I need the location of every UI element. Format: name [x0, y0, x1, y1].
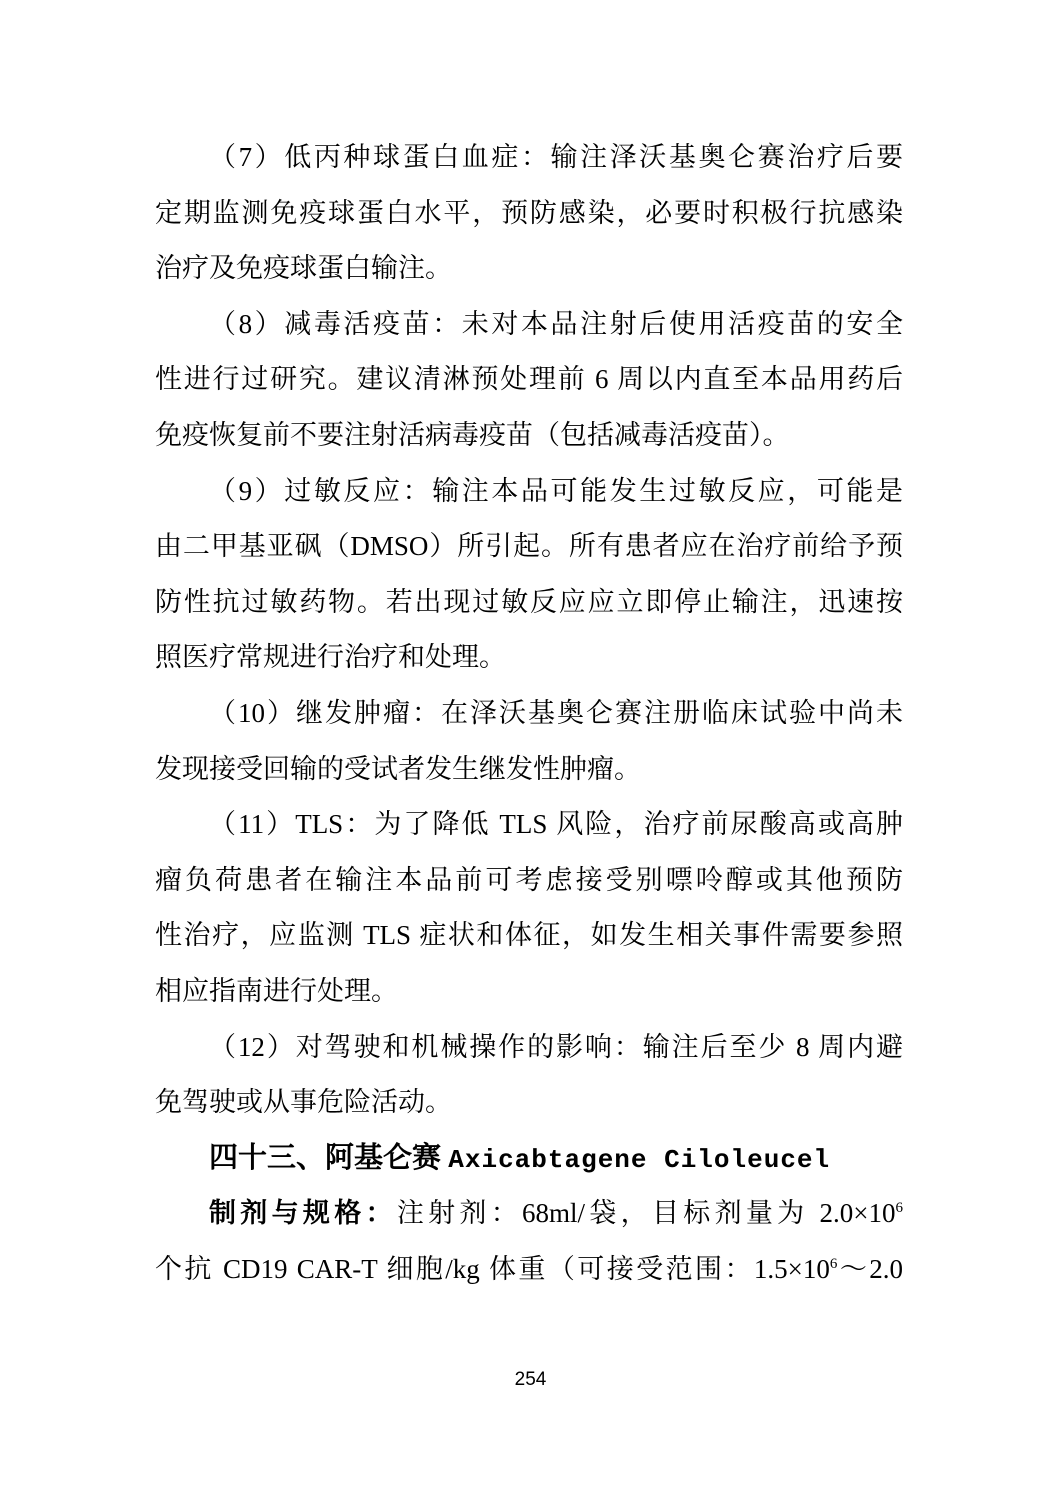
text-segment: 防性抗过敏药物。若出现过敏反应应立即停止输注，迅速按 [155, 587, 903, 617]
para-9-line-4: 照医疗常规进行治疗和处理。 [155, 630, 903, 686]
text-segment: （8）减毒活疫苗：未对本品注射后使用活疫苗的安全 [209, 309, 903, 339]
para-9-line-3: 防性抗过敏药物。若出现过敏反应应立即停止输注，迅速按 [155, 575, 903, 631]
para-12-line-1: （12）对驾驶和机械操作的影响：输注后至少 8 周内避 [155, 1020, 903, 1076]
text-segment: 免疫恢复前不要注射活病毒疫苗（包括减毒活疫苗）。 [155, 420, 790, 450]
text-segment: （9）过敏反应：输注本品可能发生过敏反应，可能是 [209, 476, 903, 506]
text-segment: 四十三、阿基仑赛 [209, 1142, 448, 1174]
para-12-line-2: 免驾驶或从事危险活动。 [155, 1075, 903, 1131]
para-8-line-1: （8）减毒活疫苗：未对本品注射后使用活疫苗的安全 [155, 297, 903, 353]
para-10-line-2: 发现接受回输的受试者发生继发性肿瘤。 [155, 742, 903, 798]
text-segment: （12）对驾驶和机械操作的影响：输注后至少 8 周内避 [209, 1032, 903, 1062]
para-11-line-3: 性治疗，应监测 TLS 症状和体征，如发生相关事件需要参照 [155, 908, 903, 964]
spec-line-2: 个抗 CD19 CAR-T 细胞/kg 体重（可接受范围：1.5×106～2.0 [155, 1242, 903, 1298]
text-segment: 照医疗常规进行治疗和处理。 [155, 642, 506, 672]
para-8-line-2: 性进行过研究。建议清淋预处理前 6 周以内直至本品用药后 [155, 352, 903, 408]
text-segment: （7）低丙种球蛋白血症：输注泽沃基奥仑赛治疗后要 [209, 142, 903, 172]
text-segment: 治疗及免疫球蛋白输注。 [155, 253, 452, 283]
text-segment: 注射剂：68ml/袋，目标剂量为 2.0×10 [397, 1198, 896, 1228]
para-11-line-1: （11）TLS：为了降低 TLS 风险，治疗前尿酸高或高肿 [155, 797, 903, 853]
para-9-line-1: （9）过敏反应：输注本品可能发生过敏反应，可能是 [155, 464, 903, 520]
text-segment: 定期监测免疫球蛋白水平，预防感染，必要时积极行抗感染 [155, 198, 903, 228]
para-7-line-3: 治疗及免疫球蛋白输注。 [155, 241, 903, 297]
superscript-exponent: 6 [896, 1200, 904, 1216]
document-body: （7）低丙种球蛋白血症：输注泽沃基奥仑赛治疗后要定期监测免疫球蛋白水平，预防感染… [155, 130, 903, 1297]
text-segment: 性治疗，应监测 TLS 症状和体征，如发生相关事件需要参照 [155, 920, 903, 950]
text-segment: 瘤负荷患者在输注本品前可考虑接受别嘌呤醇或其他预防 [155, 865, 903, 895]
text-segment: 由二甲基亚砜（DMSO）所引起。所有患者应在治疗前给予预 [155, 531, 903, 561]
page-number: 254 [0, 1368, 1061, 1392]
section-heading: 四十三、阿基仑赛 Axicabtagene Ciloleucel [155, 1131, 903, 1187]
text-segment: 相应指南进行处理。 [155, 976, 398, 1006]
para-11-line-4: 相应指南进行处理。 [155, 964, 903, 1020]
text-segment: 免驾驶或从事危险活动。 [155, 1087, 452, 1117]
text-segment: （11）TLS：为了降低 TLS 风险，治疗前尿酸高或高肿 [209, 809, 903, 839]
para-9-line-2: 由二甲基亚砜（DMSO）所引起。所有患者应在治疗前给予预 [155, 519, 903, 575]
text-segment: Axicabtagene Ciloleucel [448, 1145, 830, 1175]
text-segment: 个抗 CD19 CAR-T 细胞/kg 体重（可接受范围：1.5×10 [155, 1254, 830, 1284]
text-segment: 发现接受回输的受试者发生继发性肿瘤。 [155, 754, 641, 784]
text-segment: 性进行过研究。建议清淋预处理前 6 周以内直至本品用药后 [155, 364, 903, 394]
text-segment: 制剂与规格： [209, 1198, 397, 1228]
para-7-line-1: （7）低丙种球蛋白血症：输注泽沃基奥仑赛治疗后要 [155, 130, 903, 186]
document-page: （7）低丙种球蛋白血症：输注泽沃基奥仑赛治疗后要定期监测免疫球蛋白水平，预防感染… [0, 0, 1061, 1500]
para-8-line-3: 免疫恢复前不要注射活病毒疫苗（包括减毒活疫苗）。 [155, 408, 903, 464]
para-11-line-2: 瘤负荷患者在输注本品前可考虑接受别嘌呤醇或其他预防 [155, 853, 903, 909]
para-7-line-2: 定期监测免疫球蛋白水平，预防感染，必要时积极行抗感染 [155, 186, 903, 242]
text-segment: ～2.0 [837, 1254, 903, 1284]
para-10-line-1: （10）继发肿瘤：在泽沃基奥仑赛注册临床试验中尚未 [155, 686, 903, 742]
text-segment: （10）继发肿瘤：在泽沃基奥仑赛注册临床试验中尚未 [209, 698, 903, 728]
spec-line-1: 制剂与规格：注射剂：68ml/袋，目标剂量为 2.0×106 [155, 1186, 903, 1242]
